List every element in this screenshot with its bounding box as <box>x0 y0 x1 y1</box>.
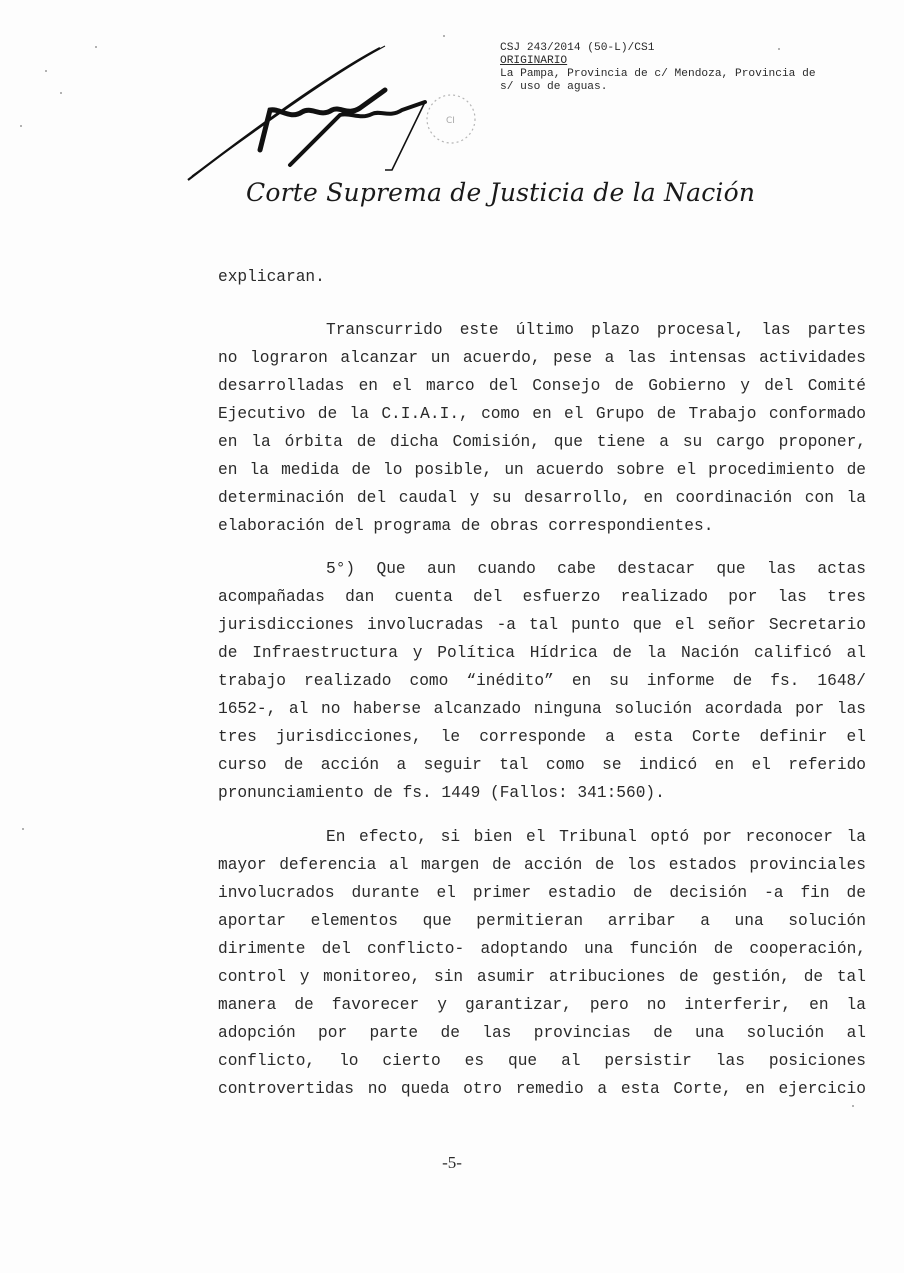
scan-speck <box>22 828 24 830</box>
text-line: de Infraestructura y Política Hídrica de… <box>218 644 866 666</box>
page-number: -5- <box>0 1153 904 1173</box>
text-line: 1652-, al no haberse alcanzado ninguna s… <box>218 700 866 722</box>
text-line: trabajo realizado como “inédito” en su i… <box>218 672 866 694</box>
text-line: desarrolladas en el marco del Consejo de… <box>218 377 866 399</box>
case-parties: La Pampa, Provincia de c/ Mendoza, Provi… <box>500 68 816 81</box>
text-line: tres jurisdicciones, le corresponde a es… <box>218 728 866 750</box>
court-title: Corte Suprema de Justicia de la Nación <box>246 178 755 207</box>
text-line: en la medida de lo posible, un acuerdo s… <box>218 461 866 483</box>
text-line: controvertidas no queda otro remedio a e… <box>218 1080 866 1102</box>
text-line: Transcurrido este último plazo procesal,… <box>326 321 866 343</box>
text-line: involucrados durante el primer estadio d… <box>218 884 866 906</box>
text-line: manera de favorecer y garantizar, pero n… <box>218 996 866 1018</box>
scan-speck <box>45 70 47 72</box>
case-number: CSJ 243/2014 (50-L)/CS1 <box>500 42 816 55</box>
case-subject: s/ uso de aguas. <box>500 81 816 94</box>
text-line: mayor deferencia al margen de acción de … <box>218 856 866 878</box>
text-line: no lograron alcanzar un acuerdo, pese a … <box>218 349 866 371</box>
text-line: conflicto, lo cierto es que al persistir… <box>218 1052 866 1074</box>
seal-stamp-icon: CI <box>420 88 482 150</box>
text-line: curso de acción a seguir tal como se ind… <box>218 756 866 778</box>
svg-text:CI: CI <box>446 116 455 126</box>
document-page: CI CSJ 243/2014 (50-L)/CS1 ORIGINARIO La… <box>0 0 904 1273</box>
scan-speck <box>443 35 445 37</box>
text-line: control y monitoreo, sin asumir atribuci… <box>218 968 866 990</box>
text-line: pronunciamiento de fs. 1449 (Fallos: 341… <box>218 784 866 806</box>
text-line: adopción por parte de las provincias de … <box>218 1024 866 1046</box>
scan-speck <box>20 125 22 127</box>
text-line: acompañadas dan cuenta del esfuerzo real… <box>218 588 866 610</box>
text-line: explicaran. <box>218 268 866 290</box>
scan-speck <box>778 48 780 50</box>
text-line: 5°) Que aun cuando cabe destacar que las… <box>326 560 866 582</box>
scan-speck <box>60 92 62 94</box>
text-line: jurisdicciones involucradas -a tal punto… <box>218 616 866 638</box>
case-type: ORIGINARIO <box>500 55 816 68</box>
text-line: En efecto, si bien el Tribunal optó por … <box>326 828 866 850</box>
text-line: determinación del caudal y su desarrollo… <box>218 489 866 511</box>
case-header: CSJ 243/2014 (50-L)/CS1 ORIGINARIO La Pa… <box>500 42 816 94</box>
text-line: dirimente del conflicto- adoptando una f… <box>218 940 866 962</box>
scan-speck <box>852 1105 854 1107</box>
text-line: en la órbita de dicha Comisión, que tien… <box>218 433 866 455</box>
scan-speck <box>95 46 97 48</box>
text-line: elaboración del programa de obras corres… <box>218 517 866 539</box>
text-line: aportar elementos que permitieran arriba… <box>218 912 866 934</box>
text-line: Ejecutivo de la C.I.A.I., como en el Gru… <box>218 405 866 427</box>
